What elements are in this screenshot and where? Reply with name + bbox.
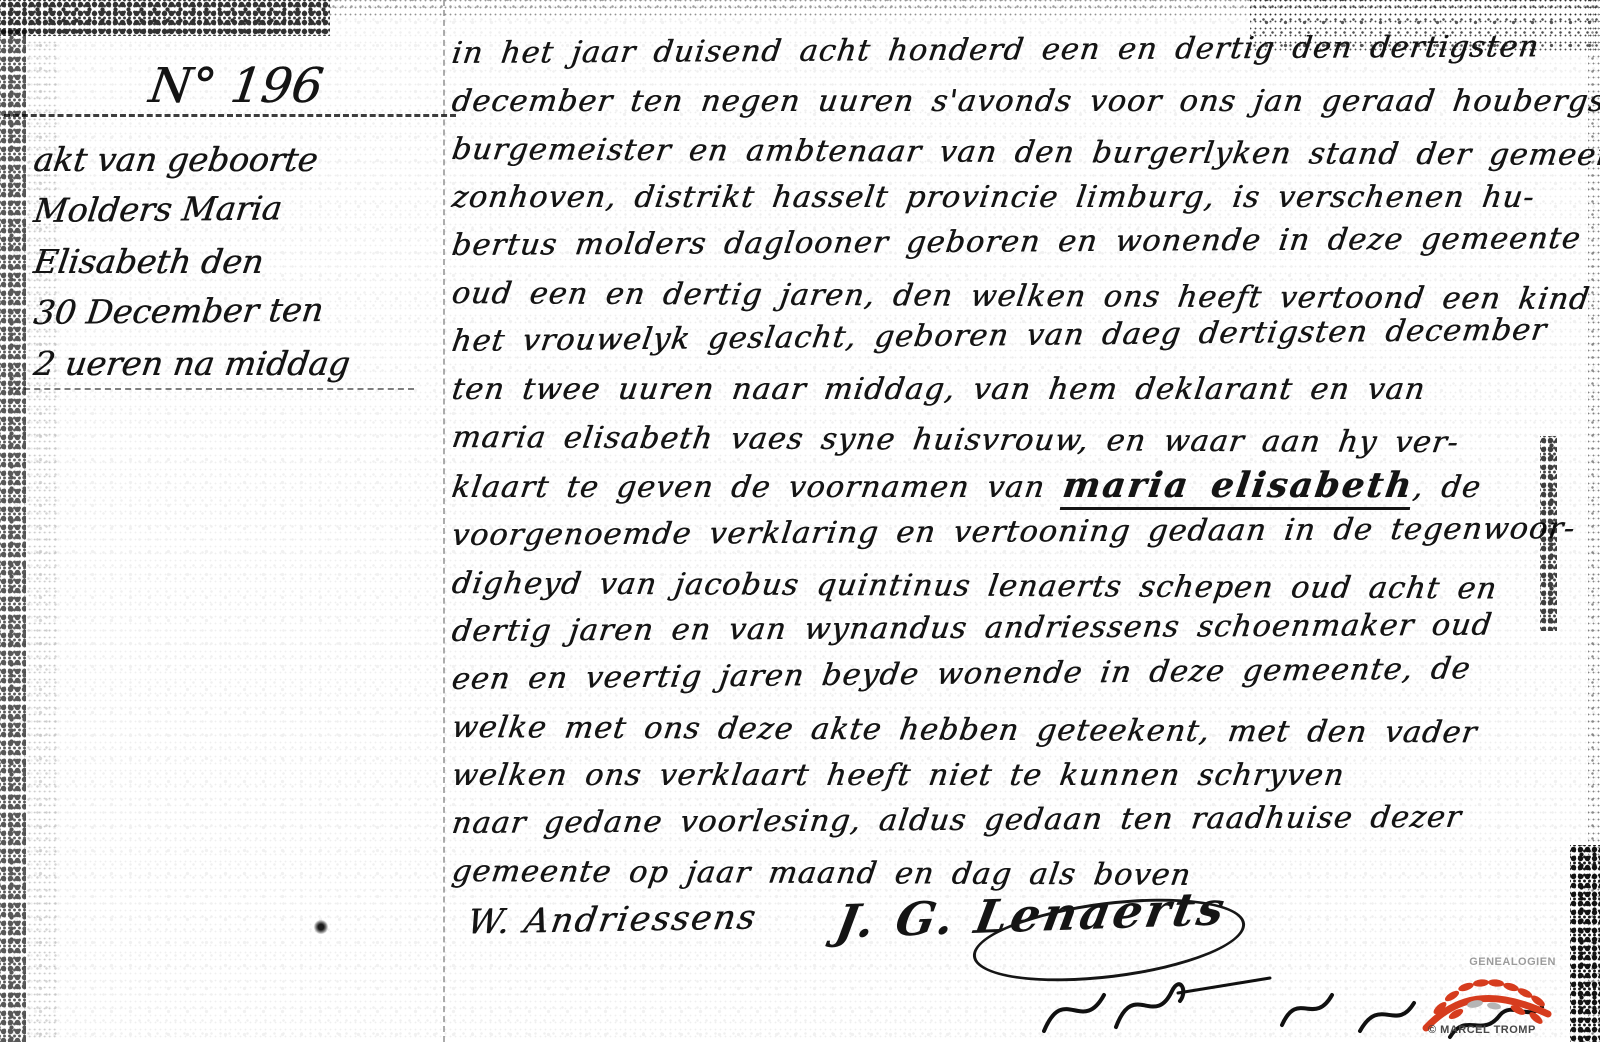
birth-record-line: december ten negen uuren s'avonds voor o… [449, 78, 1600, 126]
birth-record-line: burgemeister en ambtenaar van den burger… [449, 126, 1600, 180]
line-text: klaart te geven de voornamen van [449, 470, 1065, 505]
scan-noise-left-edge [0, 28, 26, 1042]
birth-record-line: bertus molders daglooner geboren en wone… [449, 215, 1600, 270]
margin-annotation-block: N° 196 akt van geboorte Molders Maria El… [34, 58, 438, 389]
scanned-birth-record-page: N° 196 akt van geboorte Molders Maria El… [0, 0, 1600, 1042]
margin-annotation-line: Elisabeth den [30, 236, 441, 287]
fold-crease-line [443, 0, 445, 1042]
scan-noise-top [320, 0, 1600, 16]
genealogien-watermark: GENEALOGIEN © MARCEL TROMP [1420, 950, 1556, 1040]
birth-record-line: welken ons verklaart heeft niet te kunne… [449, 752, 1600, 800]
birth-record-line: in het jaar duisend acht honderd een en … [449, 23, 1600, 78]
margin-annotation-line: 30 December ten [31, 283, 442, 338]
margin-annotation-line: 2 ueren na middag [30, 338, 441, 389]
watermark-copyright-text: © MARCEL TROMP [1428, 1024, 1536, 1036]
act-number: N° 196 [30, 58, 442, 114]
birth-record-line: welke met ons deze akte hebben geteekent… [449, 704, 1600, 758]
scan-noise-top-left [0, 0, 330, 36]
line-text: , de [1411, 470, 1484, 505]
birth-record-line: naar gedane voorlesing, aldus gedaan ten… [449, 793, 1600, 848]
record-body-text: in het jaar duisend acht honderd een en … [452, 30, 1600, 896]
margin-annotation-line: akt van geboorte [30, 134, 441, 185]
birth-record-line: ten twee uuren naar middag, van hem dekl… [449, 366, 1600, 414]
margin-annotation-line: Molders Maria [31, 181, 442, 236]
birth-record-line: voorgenoemde verklaring en vertooning ge… [449, 505, 1600, 560]
margin-annotation-lines: akt van geboorte Molders Maria Elisabeth… [34, 134, 438, 389]
margin-divider-line [4, 114, 456, 117]
birth-record-line: zonhoven, distrikt hasselt provincie lim… [449, 174, 1600, 222]
margin-baseline-dashes [14, 388, 414, 390]
birth-record-line: maria elisabeth vaes syne huisvrouw, en … [449, 414, 1600, 468]
child-name-underlined: maria elisabeth [1060, 465, 1417, 510]
birth-record-line-with-child-name: klaart te geven de voornamen van maria e… [448, 462, 1600, 512]
witness-signature: W. Andriessens [464, 897, 760, 942]
watermark-brand-text: GENEALOGIEN [1469, 956, 1556, 968]
ink-blot [313, 919, 329, 935]
